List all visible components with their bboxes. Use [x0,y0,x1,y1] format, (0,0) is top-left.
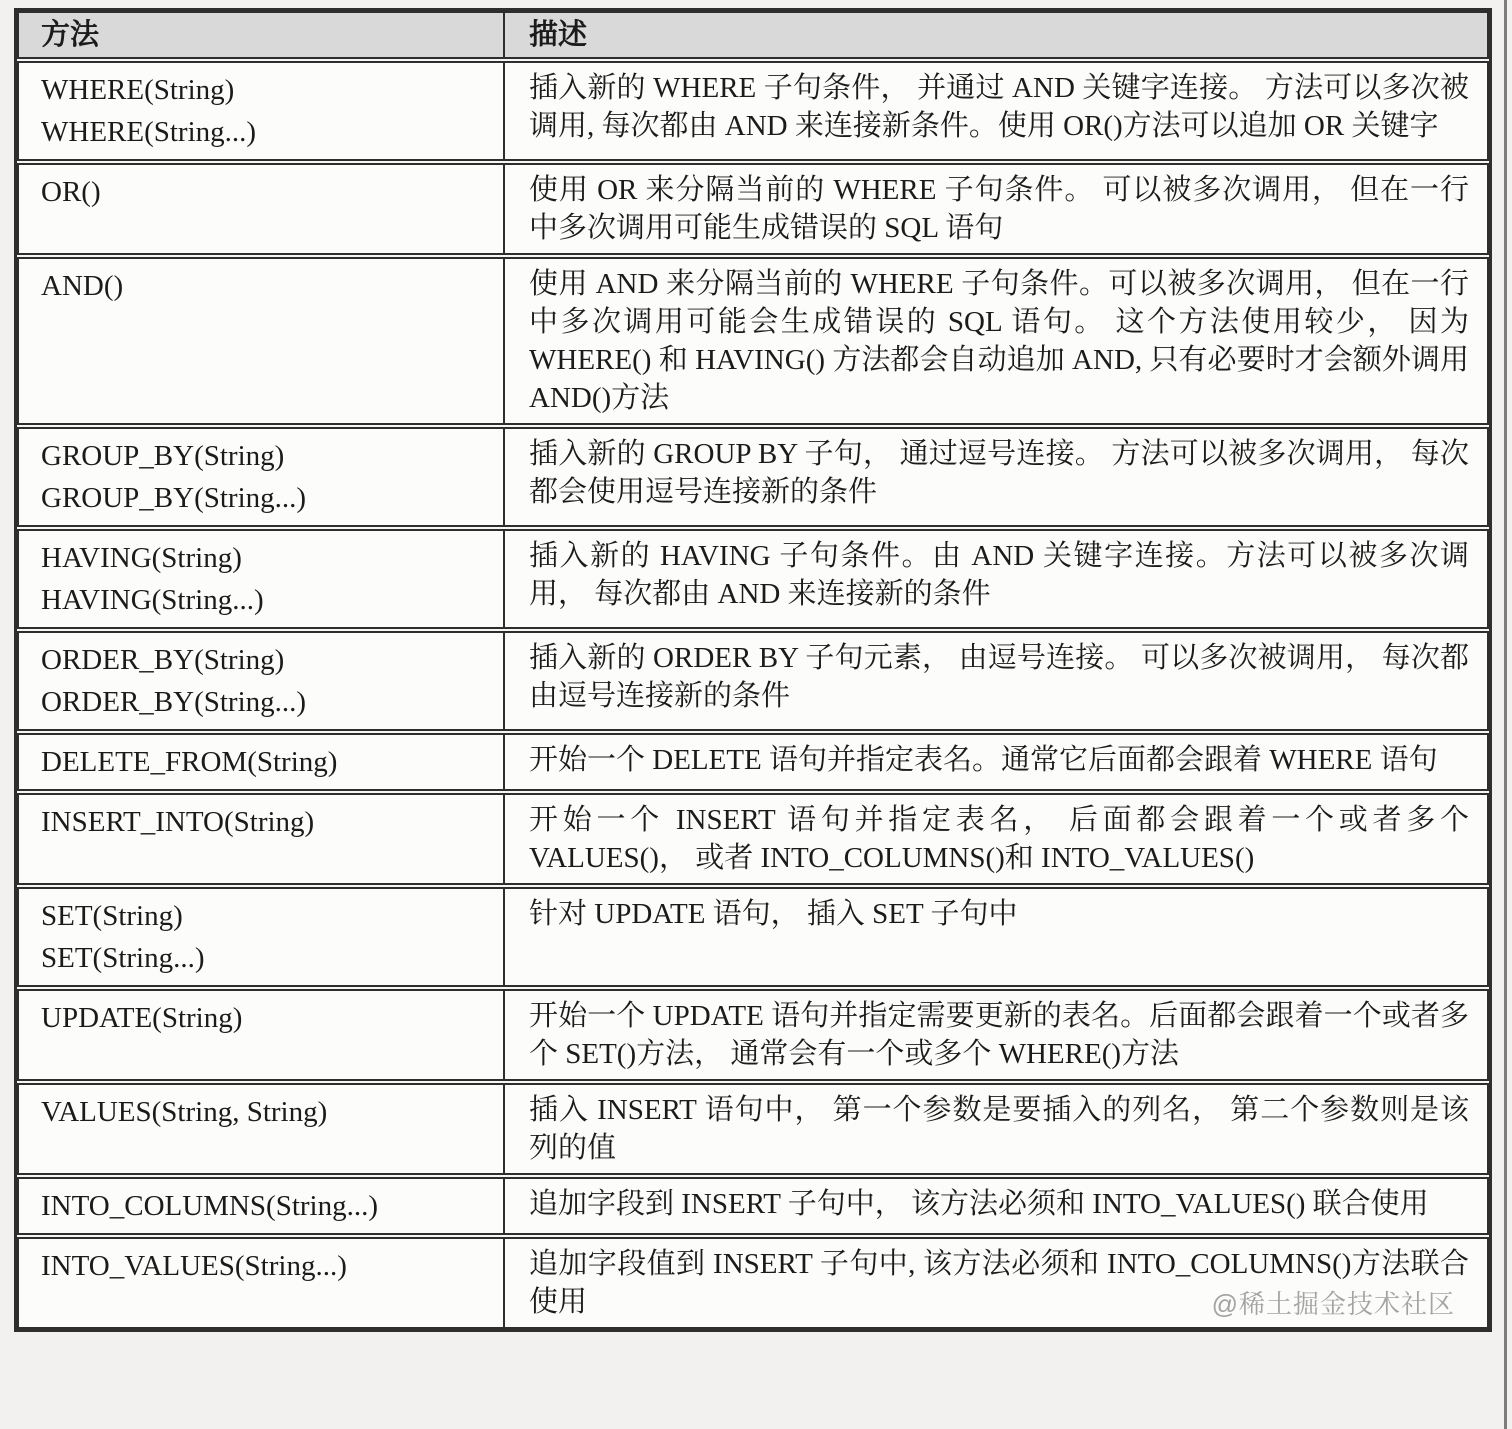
method-name: INSERT_INTO(String) [41,801,489,843]
document-page: 方法 描述 WHERE(String)WHERE(String...) 插入新的… [0,0,1512,1429]
description-cell: 插入新的 ORDER BY 子句元素， 由逗号连接。 可以多次被调用， 每次都由… [505,633,1487,729]
method-cell: DELETE_FROM(String) [19,735,505,789]
method-cell: INSERT_INTO(String) [19,795,505,883]
table-row: HAVING(String)HAVING(String...) 插入新的 HAV… [17,529,1489,629]
method-name: WHERE(String) [41,69,489,111]
method-name: GROUP_BY(String...) [41,477,489,519]
description-text: 插入新的 GROUP BY 子句， 通过逗号连接。 方法可以被多次调用， 每次都… [529,435,1469,511]
description-cell: 插入新的 HAVING 子句条件。由 AND 关键字连接。方法可以被多次调用， … [505,531,1487,627]
page-edge-line [1504,0,1507,1429]
methods-table: 方法 描述 WHERE(String)WHERE(String...) 插入新的… [14,8,1492,1332]
method-cell: GROUP_BY(String)GROUP_BY(String...) [19,429,505,525]
method-name: ORDER_BY(String) [41,639,489,681]
description-text: 追加字段值到 INSERT 子句中, 该方法必须和 INTO_COLUMNS()… [529,1245,1469,1321]
method-name: HAVING(String) [41,537,489,579]
method-name: SET(String...) [41,937,489,979]
method-cell: VALUES(String, String) [19,1085,505,1173]
description-text: 开始一个 DELETE 语句并指定表名。通常它后面都会跟着 WHERE 语句 [529,741,1469,779]
method-cell: SET(String)SET(String...) [19,889,505,985]
method-name: VALUES(String, String) [41,1091,489,1133]
column-header-description: 描述 [505,13,1487,57]
table-row: OR() 使用 OR 来分隔当前的 WHERE 子句条件。 可以被多次调用， 但… [17,163,1489,255]
description-cell: 使用 AND 来分隔当前的 WHERE 子句条件。可以被多次调用， 但在一行中多… [505,259,1487,423]
method-cell: INTO_COLUMNS(String...) [19,1179,505,1233]
description-text: 插入新的 HAVING 子句条件。由 AND 关键字连接。方法可以被多次调用， … [529,537,1469,613]
description-cell: 插入新的 WHERE 子句条件， 并通过 AND 关键字连接。 方法可以多次被调… [505,63,1487,159]
table-header-row: 方法 描述 [17,11,1489,59]
method-name: AND() [41,265,489,307]
description-cell: 开始一个 INSERT 语句并指定表名， 后面都会跟着一个或者多个 VALUES… [505,795,1487,883]
table-row: UPDATE(String) 开始一个 UPDATE 语句并指定需要更新的表名。… [17,989,1489,1081]
table-row: WHERE(String)WHERE(String...) 插入新的 WHERE… [17,61,1489,161]
table-row: VALUES(String, String) 插入 INSERT 语句中， 第一… [17,1083,1489,1175]
method-name: SET(String) [41,895,489,937]
description-cell: 插入新的 GROUP BY 子句， 通过逗号连接。 方法可以被多次调用， 每次都… [505,429,1487,525]
description-text: 开始一个 UPDATE 语句并指定需要更新的表名。后面都会跟着一个或者多个 SE… [529,997,1469,1073]
table-row: SET(String)SET(String...) 针对 UPDATE 语句， … [17,887,1489,987]
description-text: 插入 INSERT 语句中， 第一个参数是要插入的列名， 第二个参数则是该列的值 [529,1091,1469,1167]
method-cell: AND() [19,259,505,423]
description-cell: 插入 INSERT 语句中， 第一个参数是要插入的列名， 第二个参数则是该列的值 [505,1085,1487,1173]
table-row: AND() 使用 AND 来分隔当前的 WHERE 子句条件。可以被多次调用， … [17,257,1489,425]
method-name: GROUP_BY(String) [41,435,489,477]
method-cell: WHERE(String)WHERE(String...) [19,63,505,159]
method-name: ORDER_BY(String...) [41,681,489,723]
description-text: 针对 UPDATE 语句， 插入 SET 子句中 [529,895,1469,933]
description-text: 追加字段到 INSERT 子句中， 该方法必须和 INTO_VALUES() 联… [529,1185,1469,1223]
method-cell: HAVING(String)HAVING(String...) [19,531,505,627]
table-row: ORDER_BY(String)ORDER_BY(String...) 插入新的… [17,631,1489,731]
method-name: WHERE(String...) [41,111,489,153]
method-name: DELETE_FROM(String) [41,741,489,783]
table-row: GROUP_BY(String)GROUP_BY(String...) 插入新的… [17,427,1489,527]
description-cell: 追加字段到 INSERT 子句中， 该方法必须和 INTO_VALUES() 联… [505,1179,1487,1233]
method-name: UPDATE(String) [41,997,489,1039]
method-cell: ORDER_BY(String)ORDER_BY(String...) [19,633,505,729]
method-name: INTO_COLUMNS(String...) [41,1185,489,1227]
method-name: HAVING(String...) [41,579,489,621]
description-cell: 使用 OR 来分隔当前的 WHERE 子句条件。 可以被多次调用， 但在一行中多… [505,165,1487,253]
description-cell: 开始一个 UPDATE 语句并指定需要更新的表名。后面都会跟着一个或者多个 SE… [505,991,1487,1079]
description-text: 使用 OR 来分隔当前的 WHERE 子句条件。 可以被多次调用， 但在一行中多… [529,171,1469,247]
column-header-method: 方法 [19,13,505,57]
table-body: WHERE(String)WHERE(String...) 插入新的 WHERE… [17,61,1489,1329]
table-row: INTO_COLUMNS(String...) 追加字段到 INSERT 子句中… [17,1177,1489,1235]
description-text: 插入新的 ORDER BY 子句元素， 由逗号连接。 可以多次被调用， 每次都由… [529,639,1469,715]
method-cell: INTO_VALUES(String...) [19,1239,505,1327]
table-row: INTO_VALUES(String...) 追加字段值到 INSERT 子句中… [17,1237,1489,1329]
method-cell: OR() [19,165,505,253]
description-cell: 追加字段值到 INSERT 子句中, 该方法必须和 INTO_COLUMNS()… [505,1239,1487,1327]
table-row: INSERT_INTO(String) 开始一个 INSERT 语句并指定表名，… [17,793,1489,885]
method-cell: UPDATE(String) [19,991,505,1079]
description-cell: 开始一个 DELETE 语句并指定表名。通常它后面都会跟着 WHERE 语句 [505,735,1487,789]
method-name: OR() [41,171,489,213]
description-text: 插入新的 WHERE 子句条件， 并通过 AND 关键字连接。 方法可以多次被调… [529,69,1469,145]
description-cell: 针对 UPDATE 语句， 插入 SET 子句中 [505,889,1487,985]
table-row: DELETE_FROM(String) 开始一个 DELETE 语句并指定表名。… [17,733,1489,791]
description-text: 开始一个 INSERT 语句并指定表名， 后面都会跟着一个或者多个 VALUES… [529,801,1469,877]
description-text: 使用 AND 来分隔当前的 WHERE 子句条件。可以被多次调用， 但在一行中多… [529,265,1469,417]
method-name: INTO_VALUES(String...) [41,1245,489,1287]
